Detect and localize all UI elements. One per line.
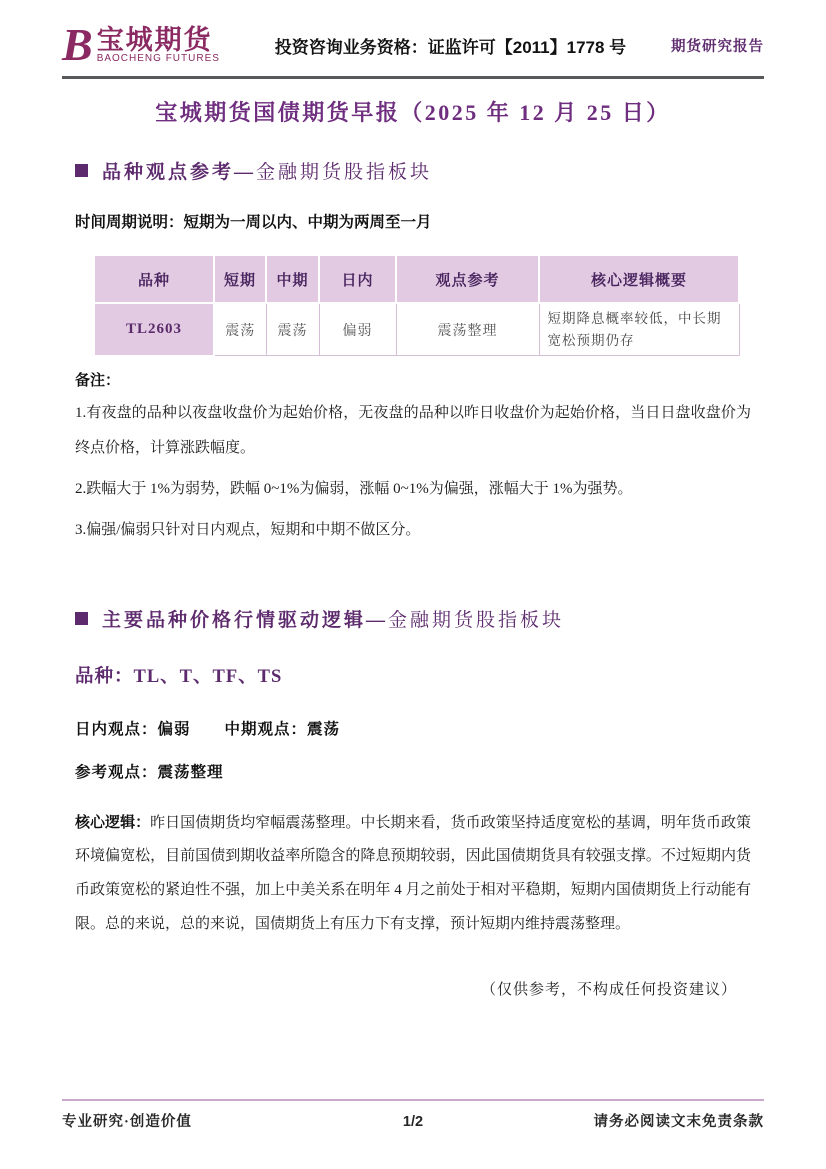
- note-3: 3.偏强/偏弱只针对日内观点，短期和中期不做区分。: [75, 513, 751, 548]
- disclaimer-text: （仅供参考，不构成任何投资建议）: [75, 978, 751, 999]
- footer-slogan: 专业研究·创造价值: [62, 1110, 296, 1131]
- cell-core-logic: 短期降息概率较低，中长期宽松预期仍存: [539, 303, 739, 356]
- notes-label: 备注：: [75, 369, 751, 390]
- square-bullet-icon: [75, 612, 88, 625]
- qualification-text: 投资咨询业务资格：证监许可【2011】1778 号: [220, 33, 671, 58]
- variety-list: 品种：TL、T、TF、TS: [75, 662, 751, 688]
- views-line: 日内观点：偏弱中期观点：震荡: [75, 717, 751, 739]
- cell-intraday: 偏弱: [319, 303, 396, 356]
- core-logic-label: 核心逻辑：: [75, 814, 150, 831]
- logo-name-en: BAOCHENG FUTURES: [97, 54, 220, 65]
- note-1: 1.有夜盘的品种以夜盘收盘价为起始价格，无夜盘的品种以昨日收盘价为起始价格，当日…: [75, 396, 751, 467]
- page-title: 宝城期货国债期货早报（2025 年 12 月 25 日）: [75, 96, 751, 127]
- square-bullet-icon: [75, 164, 88, 177]
- logo-b-icon: B: [62, 22, 93, 68]
- col-header-mid-term: 中期: [266, 255, 319, 303]
- table-header-row: 品种 短期 中期 日内 观点参考 核心逻辑概要: [94, 255, 739, 303]
- note-2: 2.跌幅大于 1%为弱势，跌幅 0~1%为偏弱，涨幅 0~1%为偏强，涨幅大于 …: [75, 472, 751, 507]
- logo-name-cn: 宝城期货: [97, 26, 220, 54]
- section2-heading: 主要品种价格行情驱动逻辑— 金融期货股指板块: [75, 605, 751, 632]
- page-footer: 专业研究·创造价值 1/2 请务必阅读文末免责条款: [62, 1099, 764, 1131]
- logo-wordmark: 宝城期货 BAOCHENG FUTURES: [97, 26, 220, 65]
- cell-view: 震荡整理: [396, 303, 539, 356]
- cell-short-term: 震荡: [214, 303, 266, 356]
- col-header-short-term: 短期: [214, 255, 266, 303]
- report-type-label: 期货研究报告: [671, 35, 764, 56]
- core-logic-paragraph: 核心逻辑：昨日国债期货均窄幅震荡整理。中长期来看，货币政策坚持适度宽松的基调，明…: [75, 806, 751, 942]
- period-definition-note: 时间周期说明：短期为一周以内、中期为两周至一月: [75, 210, 751, 232]
- page-header: B 宝城期货 BAOCHENG FUTURES 投资咨询业务资格：证监许可【20…: [62, 0, 764, 76]
- cell-mid-term: 震荡: [266, 303, 319, 356]
- col-header-core-logic: 核心逻辑概要: [539, 255, 739, 303]
- company-logo: B 宝城期货 BAOCHENG FUTURES: [62, 22, 220, 68]
- section2-heading-bold: 主要品种价格行情驱动逻辑—: [102, 605, 388, 632]
- mid-term-view: 中期观点：震荡: [225, 721, 341, 738]
- col-header-view: 观点参考: [396, 255, 539, 303]
- section1-heading: 品种观点参考— 金融期货股指板块: [75, 157, 751, 184]
- section1-heading-rest: 金融期货股指板块: [256, 157, 432, 184]
- intraday-view: 日内观点：偏弱: [75, 721, 191, 738]
- variety-view-table: 品种 短期 中期 日内 观点参考 核心逻辑概要 TL2603 震荡 震荡 偏弱 …: [93, 254, 740, 357]
- section2-heading-rest: 金融期货股指板块: [388, 605, 564, 632]
- page-content: 品种观点参考— 金融期货股指板块 时间周期说明：短期为一周以内、中期为两周至一月…: [75, 157, 751, 999]
- header-divider: [62, 76, 764, 79]
- report-page: B 宝城期货 BAOCHENG FUTURES 投资咨询业务资格：证监许可【20…: [0, 0, 826, 1169]
- reference-view: 参考观点：震荡整理: [75, 760, 751, 782]
- core-logic-text: 昨日国债期货均窄幅震荡整理。中长期来看，货币政策坚持适度宽松的基调，明年货币政策…: [75, 815, 751, 932]
- col-header-variety: 品种: [94, 255, 214, 303]
- col-header-intraday: 日内: [319, 255, 396, 303]
- section1-heading-bold: 品种观点参考—: [102, 157, 256, 184]
- table-row: TL2603 震荡 震荡 偏弱 震荡整理 短期降息概率较低，中长期宽松预期仍存: [94, 303, 739, 356]
- footer-disclaimer-note: 请务必阅读文末免责条款: [530, 1110, 764, 1131]
- page-number: 1/2: [296, 1114, 530, 1130]
- cell-variety: TL2603: [94, 303, 214, 356]
